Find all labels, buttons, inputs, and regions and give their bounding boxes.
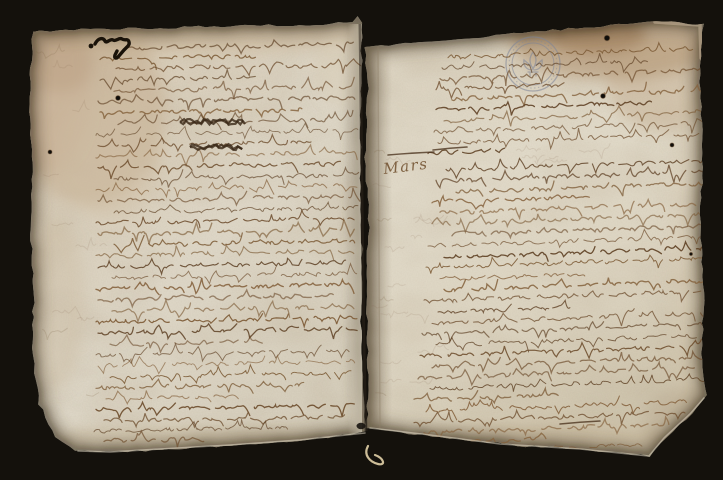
ink-blot-dot bbox=[89, 44, 94, 49]
wormhole bbox=[689, 252, 692, 255]
wormhole bbox=[48, 150, 52, 154]
right-page: Mars bbox=[355, 8, 723, 475]
wormhole bbox=[604, 35, 610, 41]
left-page bbox=[6, 8, 380, 468]
folio-spread: Mars bbox=[0, 0, 723, 480]
gutter-ink-blob bbox=[357, 423, 366, 429]
wormhole bbox=[116, 96, 121, 101]
wormhole bbox=[670, 143, 674, 147]
wormhole bbox=[601, 94, 606, 99]
manuscript-scan: Mars bbox=[0, 0, 723, 480]
